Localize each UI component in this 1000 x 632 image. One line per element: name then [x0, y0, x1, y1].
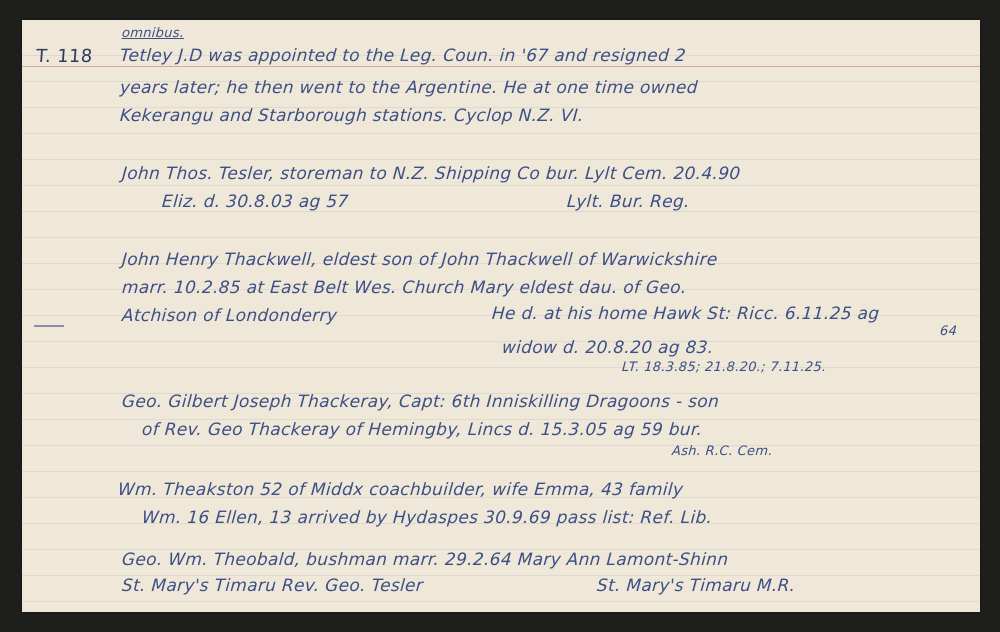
- entry-tetley-line-1: Tetley J.D was appointed to the Leg. Cou…: [119, 46, 686, 66]
- entry-tesler-line-2: Eliz. d. 30.8.03 ag 57: [161, 192, 349, 212]
- entry-theakston-line-2: Wm. 16 Ellen, 13 arrived by Hydaspes 30.…: [141, 508, 713, 528]
- header-note: omnibus.: [121, 26, 184, 41]
- entry-thackwell-age: 64: [939, 324, 957, 339]
- entry-thackwell-line-2: marr. 10.2.85 at East Belt Wes. Church M…: [121, 278, 687, 298]
- margin-arrow-mark: [34, 325, 64, 327]
- entry-thackwell-line-6: LT. 18.3.85; 21.8.20.; 7.11.25.: [621, 360, 827, 375]
- entry-thackwell-line-5: widow d. 20.8.20 ag 83.: [501, 338, 714, 358]
- entry-theobald-line-2: St. Mary's Timaru Rev. Geo. Tesler: [121, 576, 424, 596]
- card-reference: T. 118: [35, 46, 93, 67]
- entry-thackwell-line-3: Atchison of Londonderry: [121, 306, 338, 326]
- red-margin-rule: [22, 66, 980, 67]
- entry-thackeray-line-3: Ash. R.C. Cem.: [671, 444, 773, 459]
- entry-thackeray-line-1: Geo. Gilbert Joseph Thackeray, Capt: 6th…: [121, 392, 720, 412]
- index-card: omnibus. T. 118 Tetley J.D was appointed…: [22, 20, 980, 612]
- entry-thackeray-line-2: of Rev. Geo Thackeray of Hemingby, Lincs…: [141, 420, 703, 440]
- entry-tesler-line-1: John Thos. Tesler, storeman to N.Z. Ship…: [121, 164, 741, 184]
- entry-theakston-line-1: Wm. Theakston 52 of Middx coachbuilder, …: [117, 480, 684, 500]
- entry-tesler-line-3: Lylt. Bur. Reg.: [566, 192, 690, 212]
- entry-tetley-line-2: years later; he then went to the Argenti…: [119, 78, 698, 98]
- entry-thackwell-line-4: He d. at his home Hawk St: Ricc. 6.11.25…: [491, 304, 880, 324]
- entry-theobald-line-3: St. Mary's Timaru M.R.: [596, 576, 796, 596]
- entry-tetley-line-3: Kekerangu and Starborough stations. Cycl…: [119, 106, 584, 126]
- entry-theobald-line-1: Geo. Wm. Theobald, bushman marr. 29.2.64…: [121, 550, 729, 570]
- entry-thackwell-line-1: John Henry Thackwell, eldest son of John…: [121, 250, 718, 270]
